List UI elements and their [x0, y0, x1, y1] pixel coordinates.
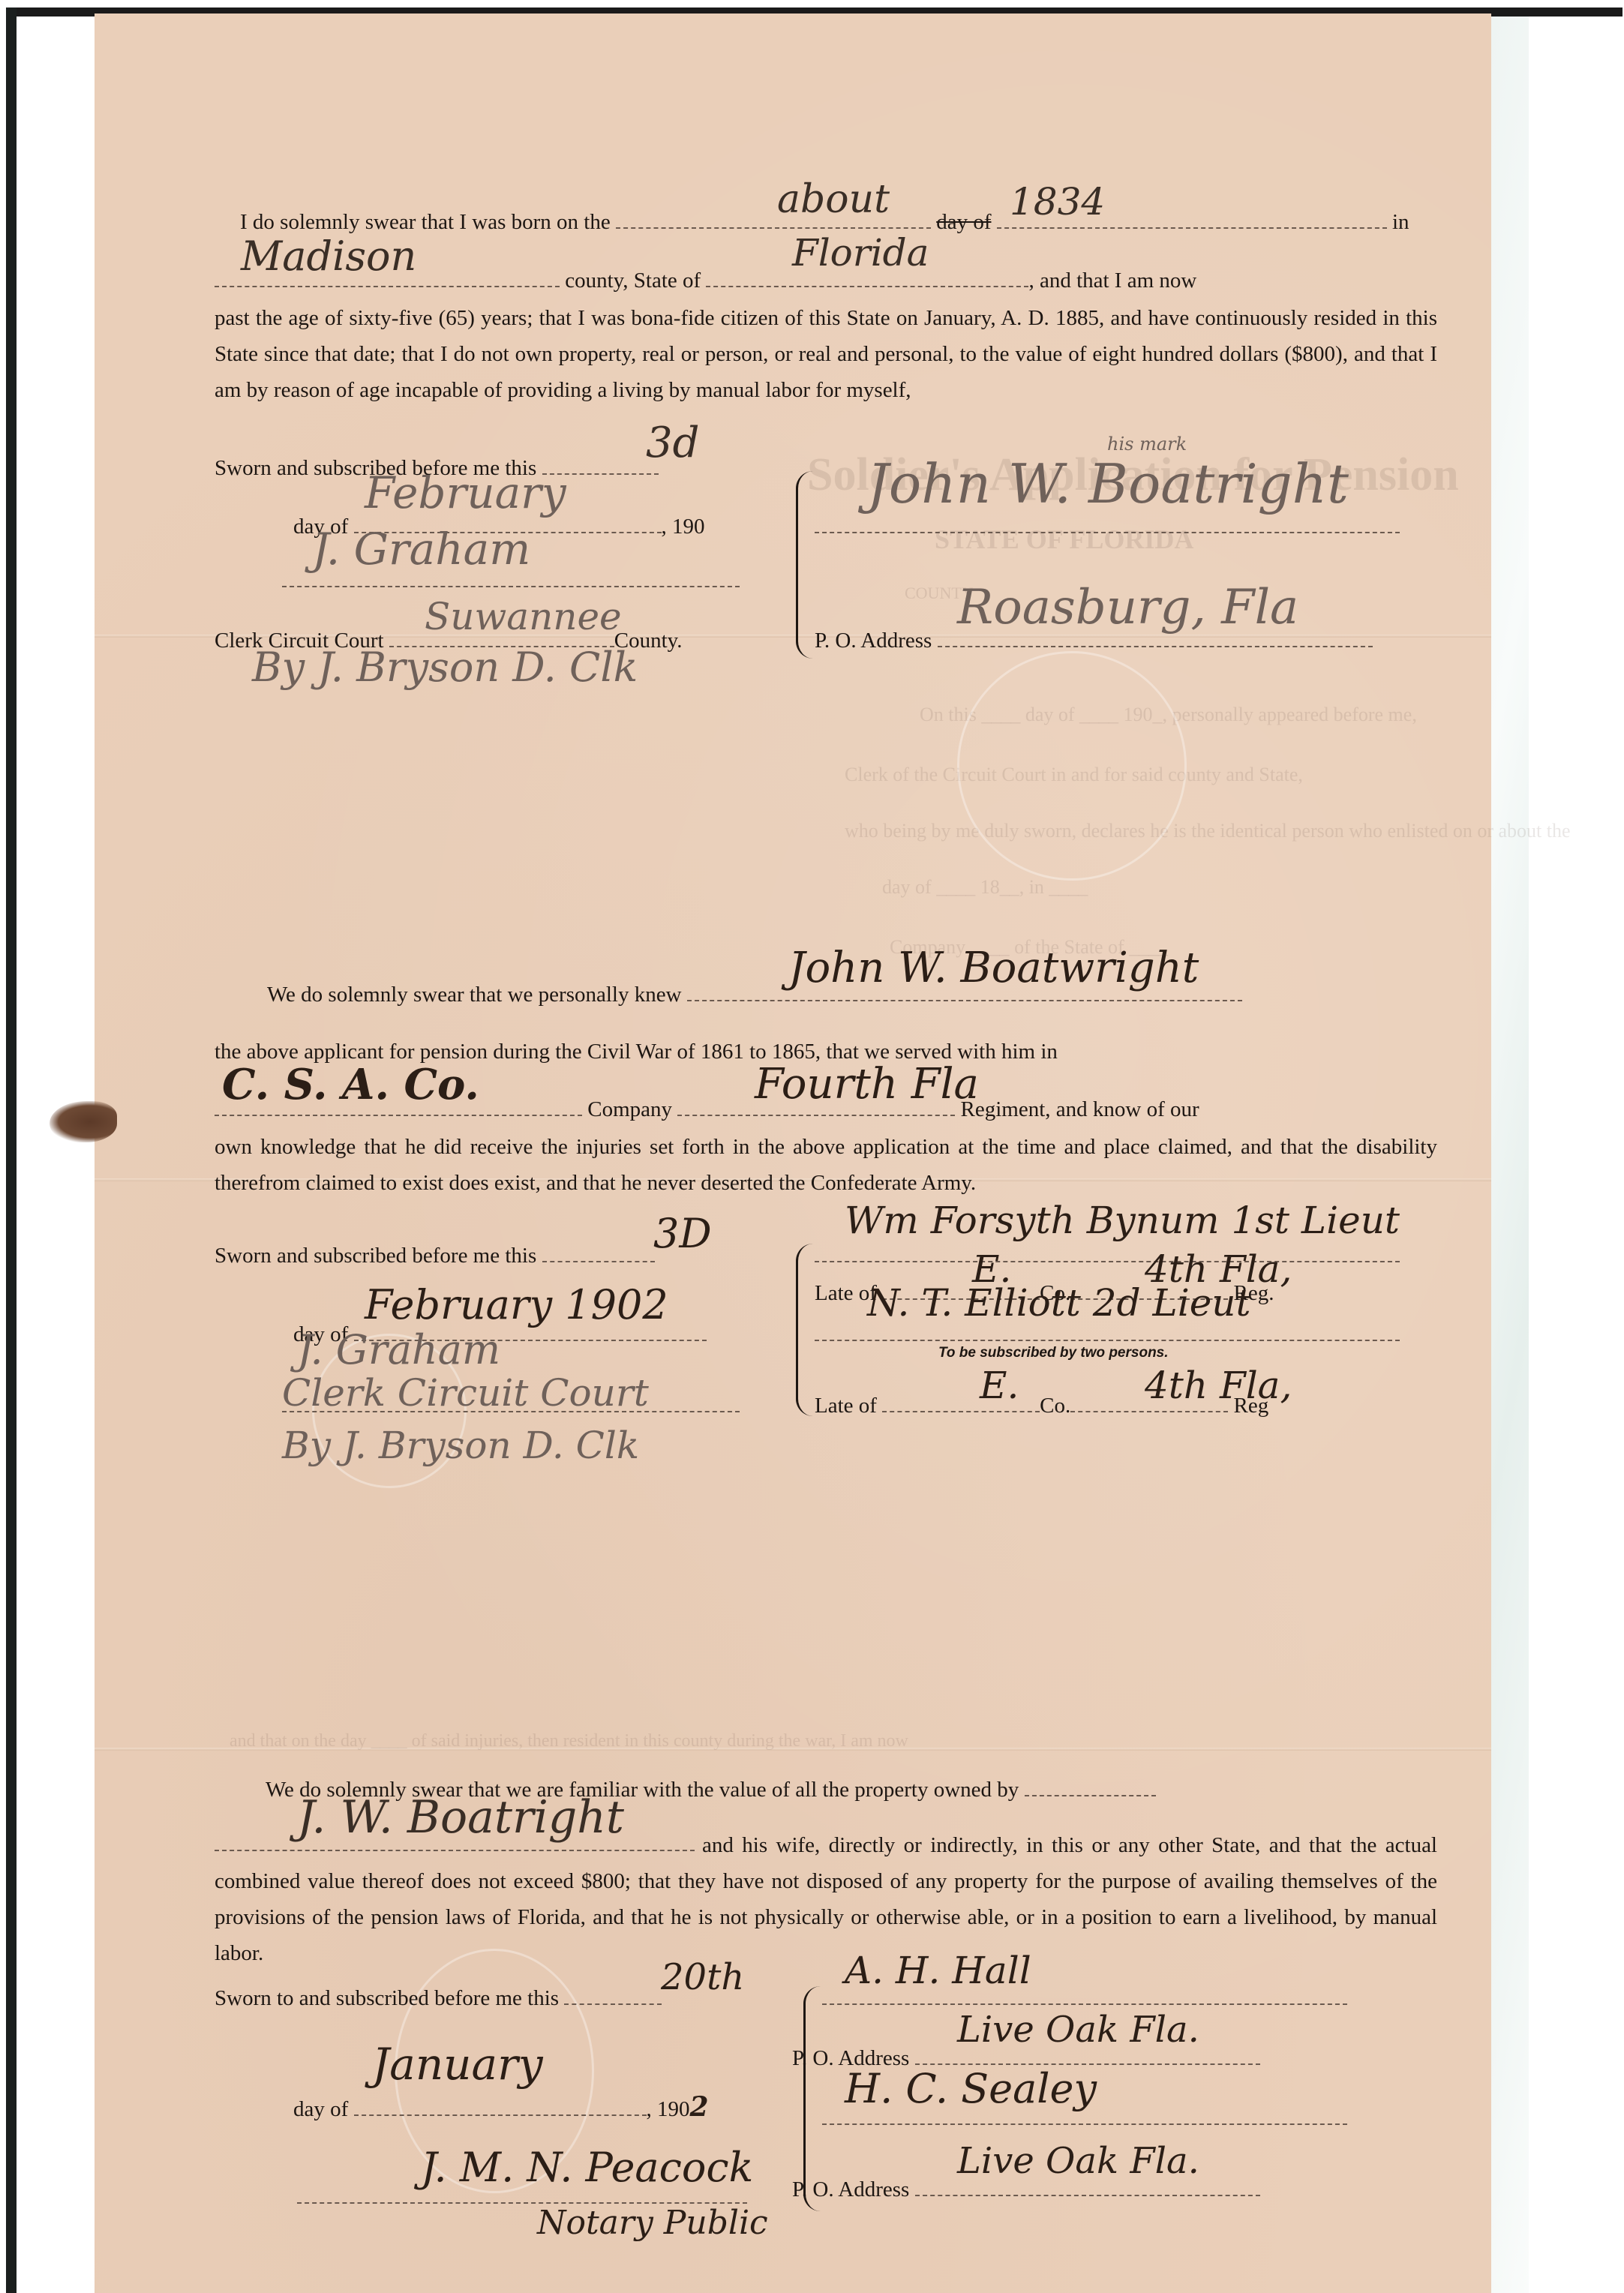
scan-margin — [17, 17, 95, 2293]
county-handwritten: Madison — [241, 233, 416, 280]
scanner-frame-left — [6, 8, 17, 2293]
clerk-county-handwritten: Suwannee — [425, 595, 622, 638]
month-year-handwritten: February 1902 — [365, 1281, 668, 1328]
county-label: county, State of — [565, 269, 701, 293]
sworn-label: Sworn and subscribed before me this — [215, 1244, 536, 1268]
witness2-regiment: 4th Fla, — [1145, 1364, 1292, 1407]
late-of-label: Late of — [815, 1394, 877, 1418]
sworn-label: Sworn to and subscribed before me this — [215, 1986, 559, 2010]
notary-title: Notary Public — [537, 2204, 768, 2242]
born-day-handwritten: about — [777, 177, 890, 222]
bleed-through-line: who being by me duly sworn, declares he … — [845, 820, 1571, 842]
by-deputy-clerk: By J. Bryson D. Clk — [282, 1424, 639, 1467]
ink-blot — [50, 1101, 117, 1142]
plastic-sleeve-edge — [1491, 17, 1529, 2293]
notary-signature: J. M. N. Peacock — [421, 2144, 753, 2191]
po-label: P. O. Address — [792, 2177, 909, 2201]
witness1-sig-line — [815, 1244, 1400, 1268]
po-label: P. O. Address — [815, 629, 932, 653]
sworn-day-handwritten: 3D — [653, 1210, 712, 1257]
bracket — [796, 471, 813, 659]
witness2-signature: N. T. Elliott 2d Lieut — [867, 1281, 1251, 1325]
sworn-line: Sworn and subscribed before me this — [215, 1244, 655, 1268]
born-year-handwritten: 1834 — [1010, 180, 1105, 224]
regiment-handwritten: Fourth Fla — [755, 1060, 979, 1109]
witness2-sig-line — [815, 1322, 1400, 1347]
day-of-line: day of , 1902 — [293, 2091, 709, 2123]
knew-intro: We do solemnly swear that we personally … — [267, 983, 682, 1007]
co-label: Co. — [1040, 1394, 1070, 1418]
witness1-signature: Wm Forsyth Bynum 1st Lieut — [845, 1199, 1400, 1242]
po-address-handwritten: Roasburg, Fla — [957, 580, 1298, 635]
company-label: Company — [587, 1097, 672, 1121]
applicant-name-handwritten: John W. Boatwright — [788, 944, 1199, 992]
by-deputy-clerk: By J. Bryson D. Clk — [252, 644, 638, 691]
clerk-title-handwritten: Clerk Circuit Court — [282, 1371, 649, 1415]
clerk-signature: J. Graham — [297, 1326, 500, 1373]
embossed-seal — [957, 651, 1187, 881]
year-prefix: , 190 — [647, 2097, 690, 2121]
day-of-struck: day of — [936, 210, 991, 234]
witness1-po-handwritten: Live Oak Fla. — [957, 2009, 1199, 2051]
witness2-signature: H. C. Sealey — [845, 2065, 1097, 2112]
two-persons-note: To be subscribed by two persons. — [938, 1345, 1169, 1361]
sworn-day-handwritten: 3d — [646, 419, 699, 467]
state-handwritten: Florida — [792, 231, 929, 275]
clerk-signature: J. Graham — [312, 524, 530, 575]
bracket — [796, 1244, 813, 1416]
bleed-through-line: and that on the day ____ of said injurie… — [230, 1731, 908, 1751]
sworn-line: Sworn to and subscribed before me this — [215, 1986, 662, 2011]
in-label: in — [1392, 210, 1409, 234]
sworn-day-handwritten: 20th — [661, 1956, 744, 1998]
year-suffix-handwritten: 2 — [690, 2091, 709, 2123]
witness2-po-handwritten: Live Oak Fla. — [957, 2140, 1199, 2182]
applicant-signature: John W. Boatright — [867, 452, 1349, 515]
applicant-oath-body: past the age of sixty-five (65) years; t… — [215, 300, 1437, 408]
month-handwritten: February — [365, 467, 566, 518]
witness1-signature: A. H. Hall — [845, 1949, 1031, 1992]
regiment-label: Regiment, and know of our — [961, 1097, 1199, 1121]
property-statement: and his wife, directly or indirectly, in… — [215, 1827, 1437, 1971]
injuries-statement: own knowledge that he did receive the in… — [215, 1129, 1437, 1201]
born-intro: I do solemnly swear that I was born on t… — [240, 210, 611, 234]
now-tail: , and that I am now — [1028, 269, 1196, 293]
applicant-mark-note: his mark — [1107, 434, 1187, 455]
day-of-label: day of — [293, 2097, 348, 2121]
document-page: Soldier's Application for Pension STATE … — [95, 14, 1491, 2293]
applicant-sig-line — [815, 515, 1400, 539]
year-prefix: , 190 — [662, 515, 705, 539]
month-handwritten: January — [372, 2039, 543, 2090]
company-handwritten: C. S. A. Co. — [222, 1060, 479, 1109]
witness2-company: E. — [980, 1364, 1019, 1407]
